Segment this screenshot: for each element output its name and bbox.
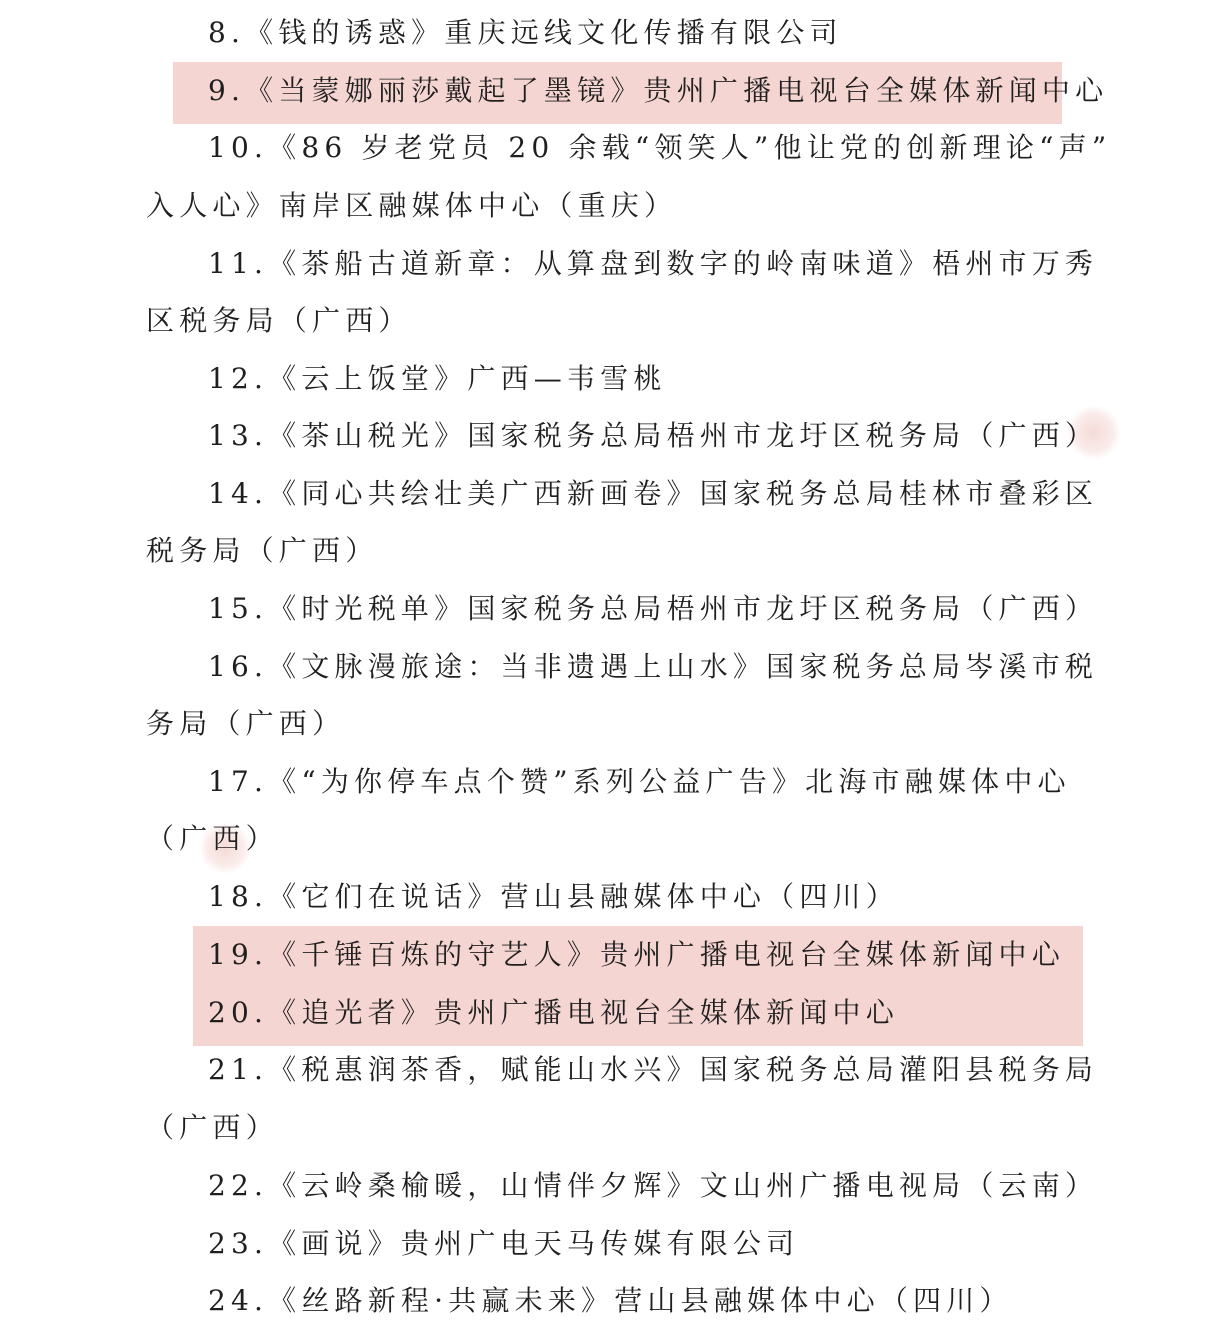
list-item-19: 19.《千锤百炼的守艺人》贵州广播电视台全媒体新闻中心 xyxy=(208,926,1065,984)
list-item-8: 8.《钱的诱惑》重庆远线文化传播有限公司 xyxy=(208,4,843,62)
list-item-11-cont: 区税务局（广西） xyxy=(146,292,412,350)
list-item-9: 9.《当蒙娜丽莎戴起了墨镜》贵州广播电视台全媒体新闻中心 xyxy=(208,62,1108,120)
list-item-17-cont: （广西） xyxy=(146,810,279,868)
list-item-21: 21.《税惠润茶香，赋能山水兴》国家税务总局灌阳县税务局 xyxy=(208,1041,1098,1099)
list-item-18: 18.《它们在说话》营山县融媒体中心（四川） xyxy=(208,868,899,926)
list-item-21-cont: （广西） xyxy=(146,1099,279,1157)
list-item-24: 24.《丝路新程·共赢未来》营山县融媒体中心（四川） xyxy=(208,1272,1013,1330)
list-item-17: 17.《“为你停车点个赞”系列公益广告》北海市融媒体中心 xyxy=(208,753,1071,811)
list-item-11: 11.《茶船古道新章：从算盘到数字的岭南味道》梧州市万秀 xyxy=(208,235,1098,293)
list-item-16-cont: 务局（广西） xyxy=(146,695,345,753)
list-item-14: 14.《同心共绘壮美广西新画卷》国家税务总局桂林市叠彩区 xyxy=(208,465,1098,523)
list-item-14-cont: 税务局（广西） xyxy=(146,522,378,580)
list-item-12: 12.《云上饭堂》广西—韦雪桃 xyxy=(208,350,667,408)
list-item-22: 22.《云岭桑榆暖，山情伴夕辉》文山州广播电视局（云南） xyxy=(208,1157,1098,1215)
list-item-10: 10.《86 岁老党员 20 余载“领笑人”他让党的创新理论“声” xyxy=(208,119,1111,177)
list-item-10-cont: 入人心》南岸区融媒体中心（重庆） xyxy=(146,177,677,235)
list-item-13: 13.《茶山税光》国家税务总局梧州市龙圩区税务局（广西） xyxy=(208,407,1098,465)
list-item-23: 23.《画说》贵州广电天马传媒有限公司 xyxy=(208,1215,799,1273)
list-item-16: 16.《文脉漫旅途：当非遗遇上山水》国家税务总局岑溪市税 xyxy=(208,638,1098,696)
list-item-20: 20.《追光者》贵州广播电视台全媒体新闻中心 xyxy=(208,984,899,1042)
list-item-15: 15.《时光税单》国家税务总局梧州市龙圩区税务局（广西） xyxy=(208,580,1098,638)
